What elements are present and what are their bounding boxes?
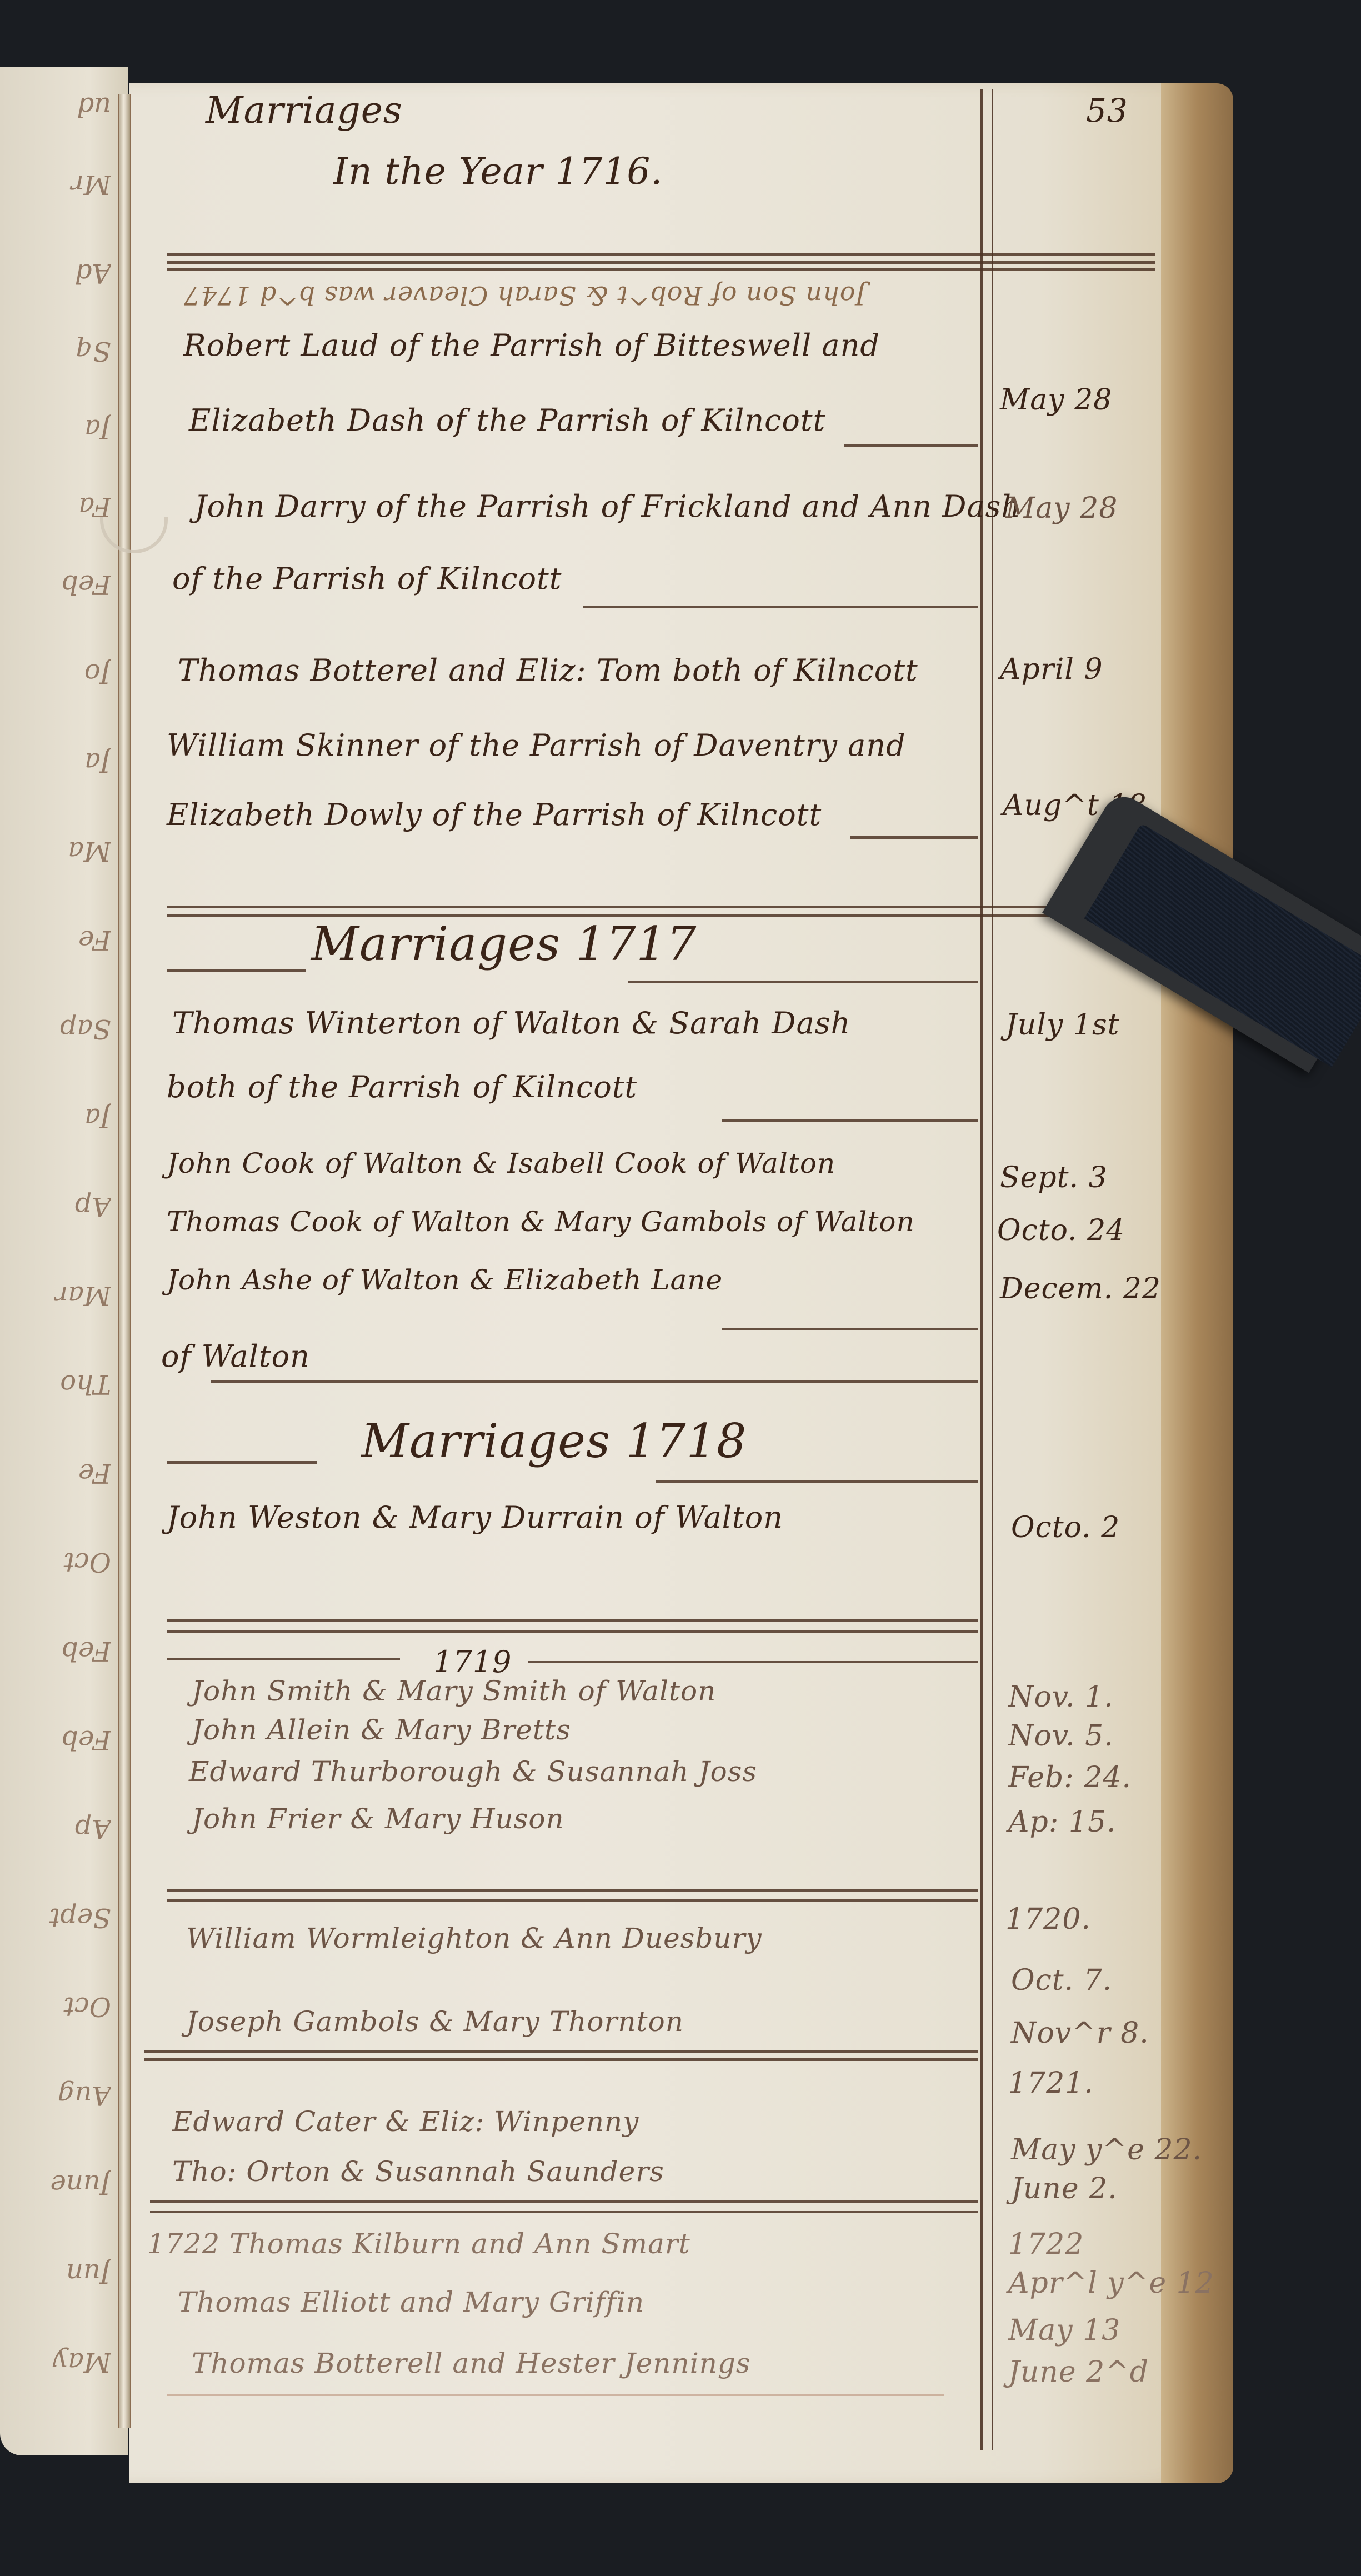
left-fragment: Feb <box>6 1722 111 1755</box>
entry-line: John Allein & Mary Bretts <box>192 1714 571 1746</box>
header-rule <box>167 261 1155 264</box>
left-fragment: Ja <box>6 744 111 778</box>
section-rule <box>167 1619 978 1622</box>
entry-line: both of the Parrish of Kilncott <box>167 1069 637 1104</box>
entry-date: Apr^l y^e 12 <box>1008 2267 1214 2300</box>
entry-line: John Darry of the Parrish of Frickland a… <box>194 489 1021 524</box>
left-fragment: Feb <box>6 567 111 600</box>
left-fragment: Oct <box>6 1989 111 2022</box>
entry-line: of Walton <box>161 1339 310 1374</box>
header-rule <box>167 253 1155 256</box>
left-fragment: Jo <box>6 656 111 689</box>
entry-date: Ap: 15. <box>1008 1805 1117 1839</box>
left-fragment: Ap <box>6 1189 111 1222</box>
left-fragment: Ja <box>6 411 111 444</box>
entry-line: Thomas Cook of Walton & Mary Gambols of … <box>167 1206 915 1238</box>
left-fragment: ud <box>6 89 111 122</box>
entry-line: William Wormleighton & Ann Duesbury <box>186 1922 762 1954</box>
heading-rule <box>167 1658 400 1660</box>
entry-line: Elizabeth Dash of the Parrish of Kilncot… <box>189 403 825 438</box>
section-rule <box>167 1899 978 1902</box>
entry-rule <box>167 2394 944 2396</box>
entry-date: June 2. <box>1011 2172 1118 2205</box>
page-header-title: Marriages <box>206 89 403 132</box>
entry-line: Thomas Botterel and Eliz: Tom both of Ki… <box>178 653 918 688</box>
left-fragment: Mr <box>6 167 111 200</box>
heading-rule <box>167 1461 317 1464</box>
heading-rule <box>656 1480 978 1483</box>
left-fragment: Oct <box>6 1544 111 1578</box>
entry-date: Sept. 3 <box>1000 1161 1108 1194</box>
section-rule <box>144 2050 978 2053</box>
date-column-rule <box>980 89 983 2450</box>
entry-line: Edward Thurborough & Susannah Joss <box>189 1755 757 1788</box>
left-fragment: Mar <box>6 1278 111 1311</box>
left-fragment: Ja <box>6 1100 111 1133</box>
entry-line: John Frier & Mary Huson <box>192 1803 564 1835</box>
entry-line: 1722 Thomas Kilburn and Ann Smart <box>147 2228 690 2260</box>
left-fragment: Feb <box>6 1633 111 1667</box>
entry-line: Thomas Winterton of Walton & Sarah Dash <box>172 1006 850 1041</box>
header-rule <box>167 268 1155 271</box>
section-heading-1720: 1720. <box>1005 1903 1091 1936</box>
left-fragment: Fa <box>6 489 111 522</box>
entry-line: John Cook of Walton & Isabell Cook of Wa… <box>167 1147 835 1179</box>
entry-date: Oct. 7. <box>1011 1964 1112 1997</box>
section-rule <box>167 1630 978 1633</box>
entry-rule <box>722 1119 978 1122</box>
entry-line: Joseph Gambols & Mary Thornton <box>186 2005 684 2038</box>
entry-line: Robert Laud of the Parrish of Bitteswell… <box>183 328 880 363</box>
left-fragment: Aug <box>6 2078 111 2111</box>
heading-rule <box>628 981 978 983</box>
heading-rule <box>528 1661 978 1663</box>
entry-date: May 28 <box>1000 383 1112 417</box>
entry-line: Elizabeth Dowly of the Parrish of Kilnco… <box>167 797 822 832</box>
entry-line: of the Parrish of Kilncott <box>172 561 562 596</box>
entry-rule <box>722 1328 978 1330</box>
left-fragment: Ap <box>6 1811 111 1844</box>
left-fragment: Ad <box>6 256 111 289</box>
entry-rule <box>583 606 978 608</box>
section-rule <box>167 1889 978 1892</box>
entry-date: Octo. 24 <box>997 1214 1125 1247</box>
page-number: 53 <box>1086 92 1128 129</box>
left-fragment: Jun <box>6 2255 111 2289</box>
entry-date: May 28 <box>1005 492 1118 525</box>
entry-date: July 1st <box>1005 1008 1120 1042</box>
entry-rule <box>850 836 978 839</box>
entry-date: May y^e 22. <box>1011 2133 1202 2167</box>
entry-date: Nov^r 8. <box>1011 2017 1149 2050</box>
entry-date: Octo. 2 <box>1011 1511 1120 1544</box>
entry-date: Feb: 24. <box>1008 1761 1132 1794</box>
entry-line: Thomas Elliott and Mary Griffin <box>178 2286 644 2318</box>
entry-line: Edward Cater & Eliz: Winpenny <box>172 2105 639 2138</box>
heading-rule <box>167 969 306 972</box>
upside-down-note: John Son of Rob^t & Sarah Cleaver was b^… <box>183 281 866 311</box>
entry-line: John Weston & Mary Durrain of Walton <box>167 1500 783 1535</box>
section-rule <box>167 906 1155 908</box>
date-column-rule <box>992 89 993 2450</box>
section-heading-1718: Marriages 1718 <box>361 1414 747 1468</box>
left-fragment: Sap <box>6 1011 111 1044</box>
left-fragment: June <box>6 2167 111 2200</box>
section-rule <box>150 2211 978 2213</box>
page-header-subtitle: In the Year 1716. <box>333 150 663 193</box>
entry-date: Nov. 5. <box>1008 1719 1114 1753</box>
left-fragment: Tho <box>6 1367 111 1400</box>
entry-date: April 9 <box>1000 653 1103 686</box>
entry-date: June 2^d <box>1008 2355 1149 2389</box>
left-fragment: Fe <box>6 922 111 956</box>
entry-line: John Smith & Mary Smith of Walton <box>192 1675 716 1707</box>
binding-gutter <box>118 94 131 2428</box>
left-fragment: Sept <box>6 1900 111 1933</box>
section-heading-1719: 1719 <box>433 1644 512 1679</box>
section-rule <box>150 2200 978 2203</box>
entry-line: Thomas Botterell and Hester Jennings <box>192 2347 751 2379</box>
left-facing-page: ud Mr Ad Sq Ja Fa Feb Jo Ja Ma Fe Sap Ja… <box>0 67 128 2455</box>
entry-line: William Skinner of the Parrish of Davent… <box>167 728 906 763</box>
entry-line: Tho: Orton & Susannah Saunders <box>172 2155 664 2188</box>
left-fragment: Sq <box>6 333 111 367</box>
entry-date: Decem. 22 <box>1000 1272 1161 1305</box>
section-heading-1721: 1721. <box>1008 2067 1094 2100</box>
section-heading-1722: 1722 <box>1008 2228 1084 2261</box>
entry-line: John Ashe of Walton & Elizabeth Lane <box>167 1264 723 1296</box>
entry-rule <box>211 1380 978 1383</box>
page-edge <box>1161 83 1233 2483</box>
entry-rule <box>844 444 978 447</box>
left-fragment: May <box>6 2344 111 2378</box>
entry-date: May 13 <box>1008 2314 1120 2347</box>
left-fragment: Ma <box>6 833 111 867</box>
left-fragment: Fe <box>6 1455 111 1489</box>
section-rule <box>144 2058 978 2061</box>
entry-date: Nov. 1. <box>1008 1680 1114 1714</box>
section-heading-1717: Marriages 1717 <box>311 917 697 971</box>
